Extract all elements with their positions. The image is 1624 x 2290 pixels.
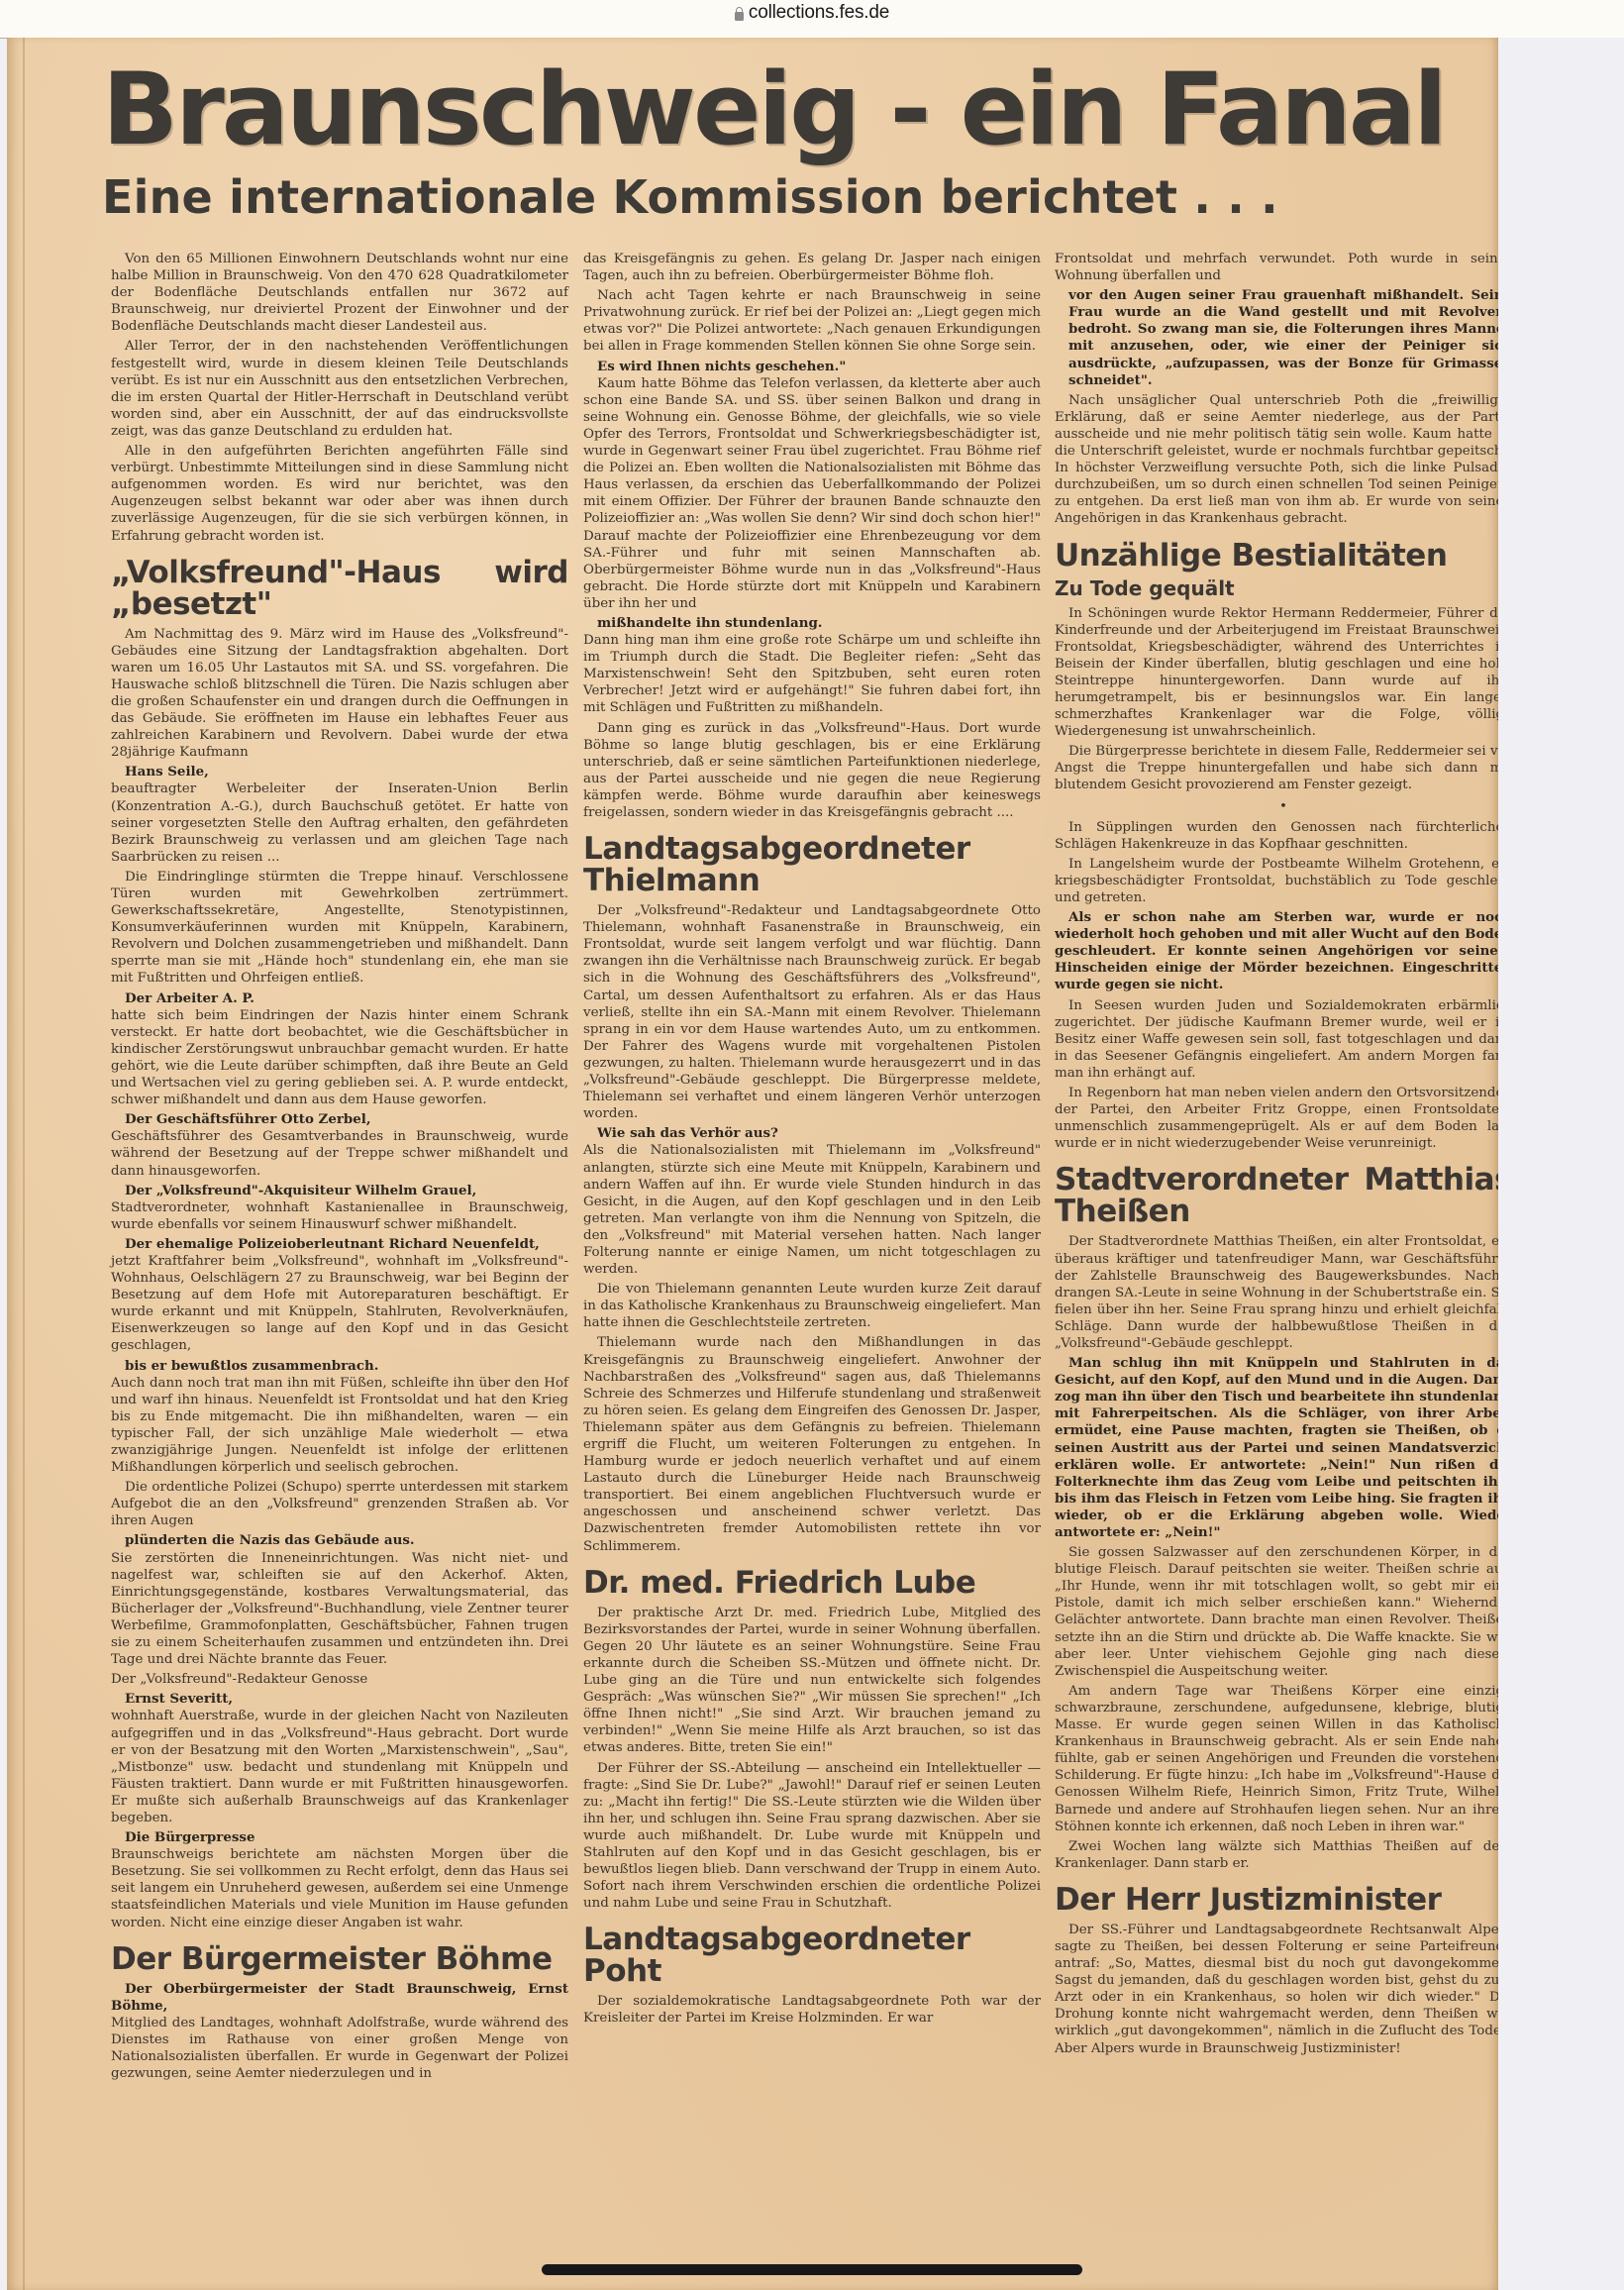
name-lead: Der Oberbürgermeister der Stadt Braunsch… [111,1981,568,2015]
name-lead: Der ehemalige Polizeioberleutnant Richar… [111,1236,568,1253]
paragraph: Braunschweigs berichtete am nächsten Mor… [111,1846,568,1930]
paragraph: das Kreisgefängnis zu gehen. Es gelang D… [583,251,1041,284]
paragraph: In Regenborn hat man neben vielen andern… [1055,1085,1498,1152]
intro-paragraph: Alle in den aufgeführten Berichten angef… [111,443,568,545]
paragraph: Der Stadtverordnete Matthias Theißen, ei… [1055,1233,1498,1352]
paper-fold-edge [23,38,25,2290]
lock-icon [735,7,744,21]
paragraph: Der „Volksfreund"-Redakteur und Landtags… [583,902,1041,1122]
emphasis-line: bis er bewußtlos zusammenbrach. [111,1358,568,1375]
section-heading: Der Herr Justizminister [1055,1884,1498,1916]
paragraph: Der SS.-Führer und Landtagsabgeordnete R… [1055,1922,1498,2057]
paragraph: Der Führer der SS.-Abteilung — anscheind… [583,1760,1041,1913]
url-text[interactable]: collections.fes.de [749,2,889,24]
name-lead: Ernst Severitt, [111,1691,568,1708]
headline: Braunschweig - ein Fanal [102,59,1498,159]
paragraph: jetzt Kraftfahrer beim „Volksfreund", wo… [111,1253,568,1355]
newspaper-scan: Braunschweig - ein Fanal Eine internatio… [7,38,1498,2290]
name-lead: Der Geschäftsführer Otto Zerbel, [111,1111,568,1128]
section-heading: Der Bürgermeister Böhme [111,1943,568,1975]
paragraph: Der sozialdemokratische Landtagsabgeordn… [583,1993,1041,2027]
paragraph: Die Eindringlinge stürmten die Treppe hi… [111,869,568,988]
paragraph: Kaum hatte Böhme das Telefon verlassen, … [583,375,1041,612]
column-3: Frontsoldat und mehrfach verwundet. Poth… [1055,251,1498,2060]
name-lead: Hans Seile, [111,764,568,781]
browser-address-bar[interactable]: collections.fes.de [0,0,1624,39]
emphasis-line: Es wird Ihnen nichts geschehen." [583,359,1041,375]
paragraph: Dann hing man ihm eine große rote Schärp… [583,632,1041,716]
column-2: das Kreisgefängnis zu gehen. Es gelang D… [583,251,1041,2030]
separator-bullet: • [1055,798,1498,815]
paragraph: beauftragter Werbeleiter der Inseraten-U… [111,781,568,865]
section-heading: Unzählige Bestialitäten [1055,540,1498,572]
paragraph: wohnhaft Auerstraße, wurde in der gleich… [111,1708,568,1826]
page-background-gutter [1498,38,1624,2290]
paragraph: Sie zerstörten die Inneneinrichtungen. W… [111,1550,568,1669]
section-subheading: Zu Tode gequält [1055,577,1498,599]
paragraph: Frontsoldat und mehrfach verwundet. Poth… [1055,251,1498,284]
paragraph: Stadtverordneter, wohnhaft Kastanienalle… [111,1199,568,1233]
paragraph: In Süpplingen wurden den Genossen nach f… [1055,819,1498,853]
paragraph: Dann ging es zurück in das „Volksfreund"… [583,720,1041,822]
emphasis-line: Wie sah das Verhör aus? [583,1125,1041,1142]
paragraph: hatte sich beim Eindringen der Nazis hin… [111,1007,568,1109]
emphasis-block: vor den Augen seiner Frau grauenhaft miß… [1055,287,1498,389]
section-heading: „Volksfreund"-Haus wird „besetzt" [111,557,568,620]
paragraph: Der praktische Arzt Dr. med. Friedrich L… [583,1605,1041,1757]
name-lead: Der Arbeiter A. P. [111,990,568,1007]
paragraph: Am andern Tage war Theißens Körper eine … [1055,1683,1498,1835]
paragraph: Die ordentliche Polizei (Schupo) sperrte… [111,1479,568,1529]
paragraph: Nach acht Tagen kehrte er nach Braunschw… [583,287,1041,355]
paragraph: Die von Thielemann genannten Leute wurde… [583,1281,1041,1331]
paragraph: Auch dann noch trat man ihn mit Füßen, s… [111,1375,568,1477]
section-heading: Dr. med. Friedrich Lube [583,1567,1041,1599]
paragraph: In Langelsheim wurde der Postbeamte Wilh… [1055,856,1498,906]
paragraph: In Schöningen wurde Rektor Hermann Redde… [1055,605,1498,741]
column-1: Von den 65 Millionen Einwohnern Deutschl… [111,251,568,2085]
emphasis-line: plünderten die Nazis das Gebäude aus. [111,1532,568,1549]
paragraph: Thielemann wurde nach den Mißhandlungen … [583,1334,1041,1554]
section-heading: Stadtverordneter Matthias Theißen [1055,1164,1498,1227]
paragraph: In Seesen wurden Juden und Sozialdemokra… [1055,997,1498,1082]
name-lead: Die Bürgerpresse [111,1829,568,1846]
emphasis-paragraph: Als er schon nahe am Sterben war, wurde … [1055,909,1498,993]
emphasis-line: mißhandelte ihn stundenlang. [583,615,1041,632]
intro-paragraph: Von den 65 Millionen Einwohnern Deutschl… [111,251,568,335]
paragraph: Zwei Wochen lang wälzte sich Matthias Th… [1055,1838,1498,1872]
paragraph: Mitglied des Landtages, wohnhaft Adolfst… [111,2015,568,2082]
name-lead: Der „Volksfreund"-Akquisiteur Wilhelm Gr… [111,1183,568,1199]
intro-paragraph: Aller Terror, der in den nachstehenden V… [111,338,568,440]
subheadline: Eine internationale Kommission berichtet… [102,174,1498,220]
section-heading: Landtagsabgeordneter Poht [583,1924,1041,1987]
paragraph: Am Nachmittag des 9. März wird im Hause … [111,626,568,762]
paragraph: Der „Volksfreund"-Redakteur Genosse [111,1671,568,1688]
paragraph: Nach unsäglicher Qual unterschrieb Poth … [1055,392,1498,528]
home-indicator[interactable] [542,2264,1082,2275]
emphasis-paragraph: Man schlug ihn mit Knüppeln und Stahlrut… [1055,1355,1498,1541]
section-heading: Landtagsabgeordneter Thielmann [583,833,1041,896]
paragraph: Sie gossen Salzwasser auf den zerschunde… [1055,1544,1498,1680]
paragraph: Als die Nationalsozialisten mit Thielema… [583,1142,1041,1278]
paragraph: Die Bürgerpresse berichtete in diesem Fa… [1055,743,1498,793]
paragraph: Geschäftsführer des Gesamtverbandes in B… [111,1128,568,1179]
